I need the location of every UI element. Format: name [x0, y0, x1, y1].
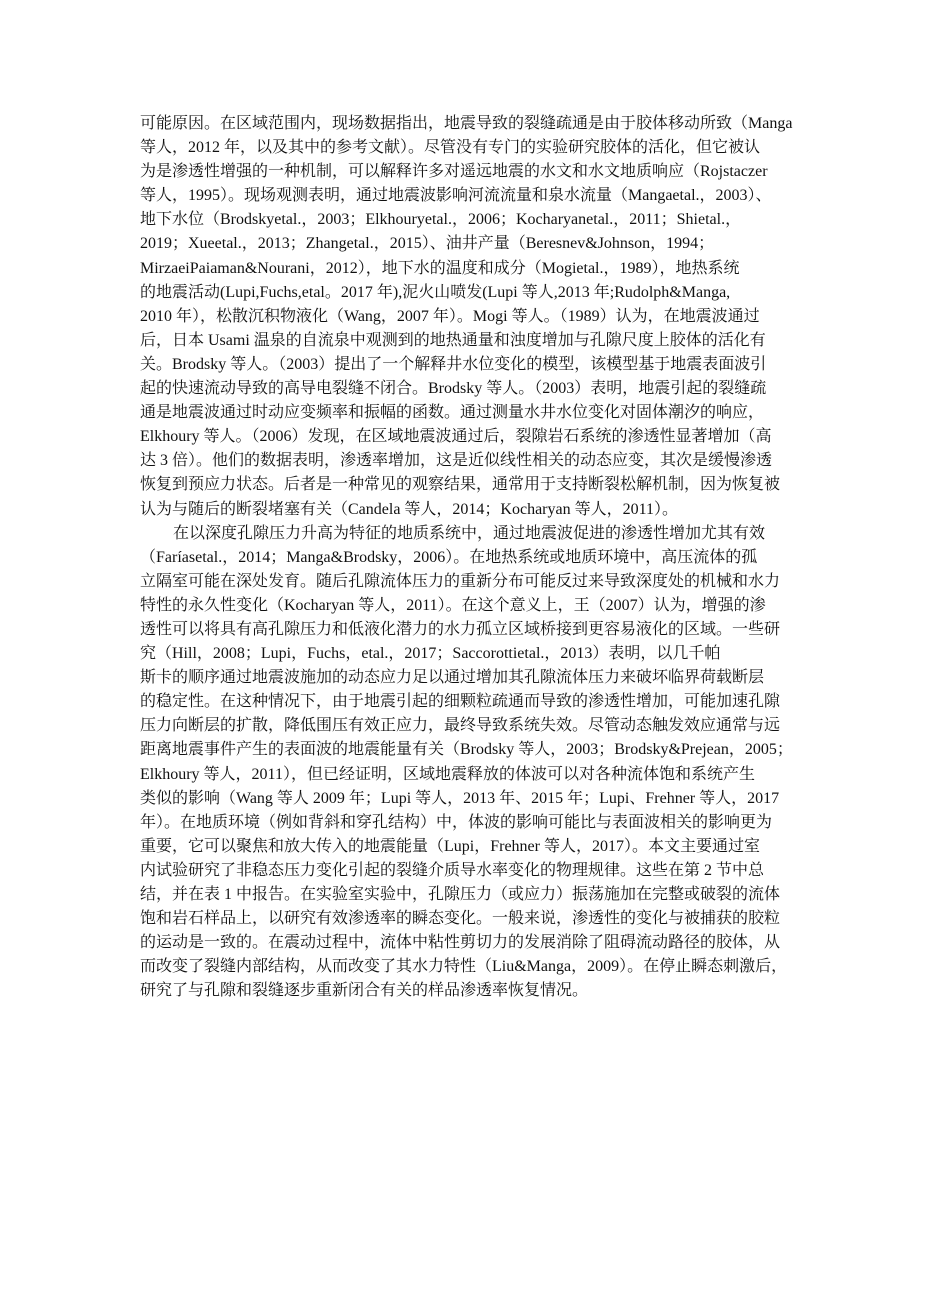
text-line: 关。Brodsky 等人。（2003）提出了一个解释井水位变化的模型，该模型基于…	[140, 353, 794, 377]
text-line: MirzaeiPaiaman&Nourani，2012），地下水的温度和成分（M…	[140, 257, 794, 281]
paragraph: 在以深度孔隙压力升高为特征的地质系统中，通过地震波促进的渗透性增加尤其有效（Fa…	[140, 522, 794, 1004]
text-line: 在以深度孔隙压力升高为特征的地质系统中，通过地震波促进的渗透性增加尤其有效	[140, 522, 794, 546]
text-line: 结，并在表 1 中报告。在实验室实验中，孔隙压力（或应力）振荡施加在完整或破裂的…	[140, 883, 794, 907]
text-line: 年）。在地质环境（例如背斜和穿孔结构）中，体波的影响可能比与表面波相关的影响更为	[140, 811, 794, 835]
text-line: 距离地震事件产生的表面波的地震能量有关（Brodsky 等人，2003；Brod…	[140, 738, 794, 762]
text-line: 起的快速流动导致的高导电裂缝不闭合。Brodsky 等人。（2003）表明，地震…	[140, 377, 794, 401]
text-line: 压力向断层的扩散，降低围压有效正应力，最终导致系统失效。尽管动态触发效应通常与远	[140, 714, 794, 738]
text-line: 通是地震波通过时动应变频率和振幅的函数。通过测量水井水位变化对固体潮汐的响应，	[140, 401, 794, 425]
text-line: （Faríasetal.，2014；Manga&Brodsky，2006）。在地…	[140, 546, 794, 570]
paragraph: 可能原因。在区域范围内，现场数据指出，地震导致的裂缝疏通是由于胶体移动所致（Ma…	[140, 112, 794, 522]
text-line: 研究了与孔隙和裂缝逐步重新闭合有关的样品渗透率恢复情况。	[140, 979, 794, 1003]
text-line: 特性的永久性变化（Kocharyan 等人，2011）。在这个意义上，王（200…	[140, 594, 794, 618]
document-text-block: 可能原因。在区域范围内，现场数据指出，地震导致的裂缝疏通是由于胶体移动所致（Ma…	[140, 112, 794, 1003]
text-line: 的稳定性。在这种情况下，由于地震引起的细颗粒疏通而导致的渗透性增加，可能加速孔隙	[140, 690, 794, 714]
text-line: 内试验研究了非稳态压力变化引起的裂缝介质导水率变化的物理规律。这些在第 2 节中…	[140, 859, 794, 883]
text-line: 立隔室可能在深处发育。随后孔隙流体压力的重新分布可能反过来导致深度处的机械和水力	[140, 570, 794, 594]
text-line: 类似的影响（Wang 等人 2009 年；Lupi 等人，2013 年、2015…	[140, 787, 794, 811]
text-line: 饱和岩石样品上，以研究有效渗透率的瞬态变化。一般来说，渗透性的变化与被捕获的胶粒	[140, 907, 794, 931]
text-line: 2019；Xueetal.，2013；Zhangetal.，2015）、油井产量…	[140, 232, 794, 256]
text-line: 达 3 倍）。他们的数据表明，渗透率增加，这是近似线性相关的动态应变，其次是缓慢…	[140, 449, 794, 473]
text-line: 等人，1995）。现场观测表明，通过地震波影响河流流量和泉水流量（Mangaet…	[140, 184, 794, 208]
text-line: 等人，2012 年，以及其中的参考文献）。尽管没有专门的实验研究胶体的活化，但它…	[140, 136, 794, 160]
text-line: 2010 年），松散沉积物液化（Wang，2007 年）。Mogi 等人。（19…	[140, 305, 794, 329]
text-line: 后，日本 Usami 温泉的自流泉中观测到的地热通量和浊度增加与孔隙尺度上胶体的…	[140, 329, 794, 353]
text-line: 为是渗透性增强的一种机制，可以解释许多对遥远地震的水文和水文地质响应（Rojst…	[140, 160, 794, 184]
text-line: 可能原因。在区域范围内，现场数据指出，地震导致的裂缝疏通是由于胶体移动所致（Ma…	[140, 112, 794, 136]
text-line: 恢复到预应力状态。后者是一种常见的观察结果，通常用于支持断裂松解机制，因为恢复被	[140, 473, 794, 497]
text-line: 而改变了裂缝内部结构，从而改变了其水力特性（Liu&Manga，2009）。在停…	[140, 955, 794, 979]
text-line: 重要，它可以聚焦和放大传入的地震能量（Lupi，Frehner 等人，2017）…	[140, 835, 794, 859]
text-line: 究（Hill，2008；Lupi，Fuchs，etal.，2017；Saccor…	[140, 642, 794, 666]
text-line: 斯卡的顺序通过地震波施加的动态应力足以通过增加其孔隙流体压力来破坏临界荷载断层	[140, 666, 794, 690]
text-line: 透性可以将具有高孔隙压力和低液化潜力的水力孤立区域桥接到更容易液化的区域。一些研	[140, 618, 794, 642]
text-line: 认为与随后的断裂堵塞有关（Candela 等人，2014；Kocharyan 等…	[140, 498, 794, 522]
text-line: Elkhoury 等人。（2006）发现，在区域地震波通过后，裂隙岩石系统的渗透…	[140, 425, 794, 449]
text-line: 的地震活动(Lupi,Fuchs,etal。2017 年),泥火山喷发(Lupi…	[140, 281, 794, 305]
document-page: 可能原因。在区域范围内，现场数据指出，地震导致的裂缝疏通是由于胶体移动所致（Ma…	[0, 0, 926, 1309]
text-line: Elkhoury 等人，2011），但已经证明，区域地震释放的体波可以对各种流体…	[140, 763, 794, 787]
text-line: 地下水位（Brodskyetal.，2003；Elkhouryetal.，200…	[140, 208, 794, 232]
text-line: 的运动是一致的。在震动过程中，流体中粘性剪切力的发展消除了阻碍流动路径的胶体，从	[140, 931, 794, 955]
